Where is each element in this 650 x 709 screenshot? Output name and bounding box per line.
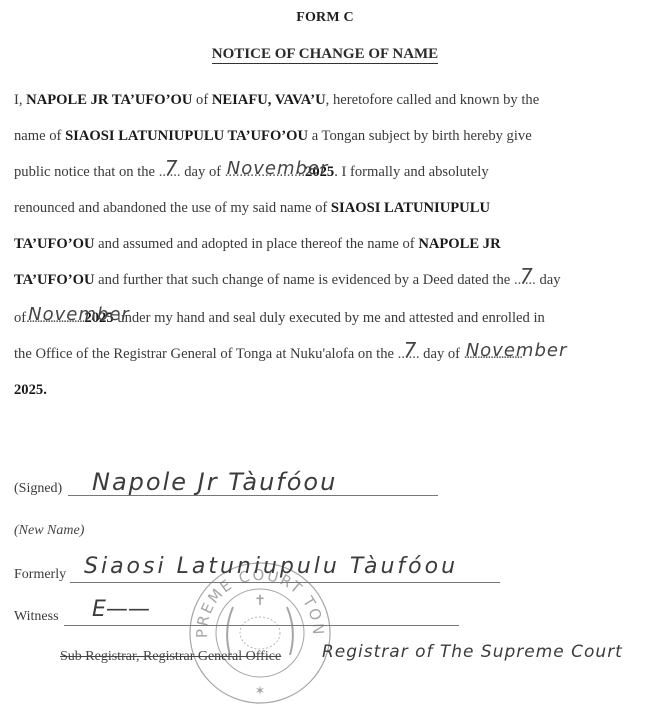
body-line-4: renounced and abandoned the use of my sa…	[14, 200, 490, 217]
enrol-day-field[interactable]: ......7	[398, 346, 420, 363]
svg-text:✝: ✝	[254, 593, 266, 609]
registrar-printed-title: Sub Registrar, Registrar General Office	[60, 649, 281, 665]
witness-label: Witness	[14, 609, 59, 625]
deed-day-field[interactable]: ......7	[514, 272, 536, 289]
body-line-3: public notice that on the ......7 day of…	[14, 164, 489, 181]
formerly-label: Formerly	[14, 567, 66, 583]
signed-label: (Signed)	[14, 481, 62, 497]
body-line-7: of......................November2025 und…	[14, 310, 545, 327]
witness-signature[interactable]: E——	[92, 597, 150, 622]
old-name: SIAOSI LATUNIUPULU TA’UFO’OU	[65, 128, 308, 144]
signed-signature[interactable]: Napole Jr Tàufóou	[92, 468, 337, 496]
formerly-line	[70, 582, 500, 583]
body-line-5: TA’UFO’OU and assumed and adopted in pla…	[14, 236, 501, 253]
body-line-9: 2025.	[14, 382, 47, 399]
form-label: FORM C	[0, 10, 650, 26]
document-title: NOTICE OF CHANGE OF NAME	[0, 46, 650, 63]
witness-line	[64, 625, 459, 626]
formerly-signature[interactable]: Siaosi Latuniupulu Tàufóou	[84, 554, 458, 579]
enrol-month-field[interactable]: ......................November	[464, 346, 522, 363]
body-line-1: I, NAPOLE JR TA’UFO’OU of NEIAFU, VAVA’U…	[14, 92, 539, 109]
notice-day-field[interactable]: ......7	[159, 164, 181, 181]
residence: NEIAFU, VAVA’U	[212, 92, 326, 108]
body-line-8: the Office of the Registrar General of T…	[14, 346, 522, 363]
svg-text:✶: ✶	[255, 684, 266, 699]
registrar-handwritten-title: Registrar of The Supreme Court	[322, 642, 623, 662]
new-name-label: (New Name)	[14, 523, 84, 539]
body-line-6: TA’UFO’OU and further that such change o…	[14, 272, 561, 289]
body-line-2: name of SIAOSI LATUNIUPULU TA’UFO’OU a T…	[14, 128, 532, 145]
deed-month-field[interactable]: ......................November	[26, 310, 84, 327]
new-name: NAPOLE JR TA’UFO’OU	[26, 92, 192, 108]
notice-month-field[interactable]: ......................November	[225, 164, 305, 181]
